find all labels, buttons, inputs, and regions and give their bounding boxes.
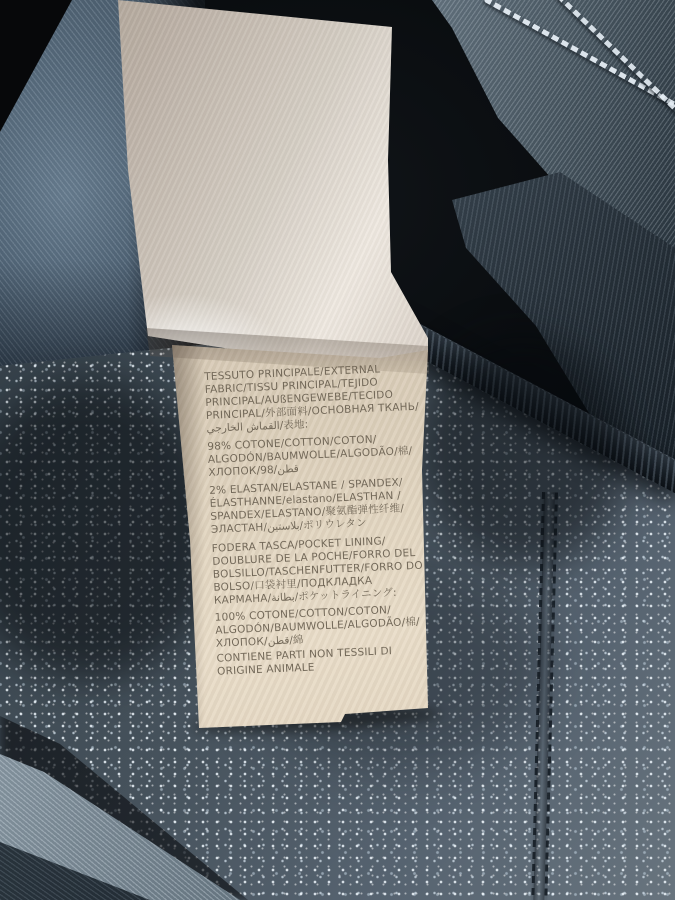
label-section-external-fabric-cotton: 98% COTONE/COTTON/COTON/ALGODÓN/BAUMWOLL… [207,431,436,480]
label-section-external-fabric-heading: TESSUTO PRINCIPALE/EXTERNALFABRIC/TISSU … [204,361,435,436]
shadow-right-of-label [418,336,628,566]
waistband-stitch-line-lower [557,0,675,130]
label-section-external-fabric-elastane: 2% ELASTAN/ELASTANE / SPANDEX/ÉLASTHANNE… [209,475,439,537]
label-text: TESSUTO PRINCIPALE/EXTERNALFABRIC/TISSU … [204,361,445,684]
photo-care-label-scene: TESSUTO PRINCIPALE/EXTERNALFABRIC/TISSU … [0,0,675,900]
label-section-pocket-lining-heading: FODERA TASCA/POCKET LINING/DOUBLURE DE L… [212,533,443,608]
